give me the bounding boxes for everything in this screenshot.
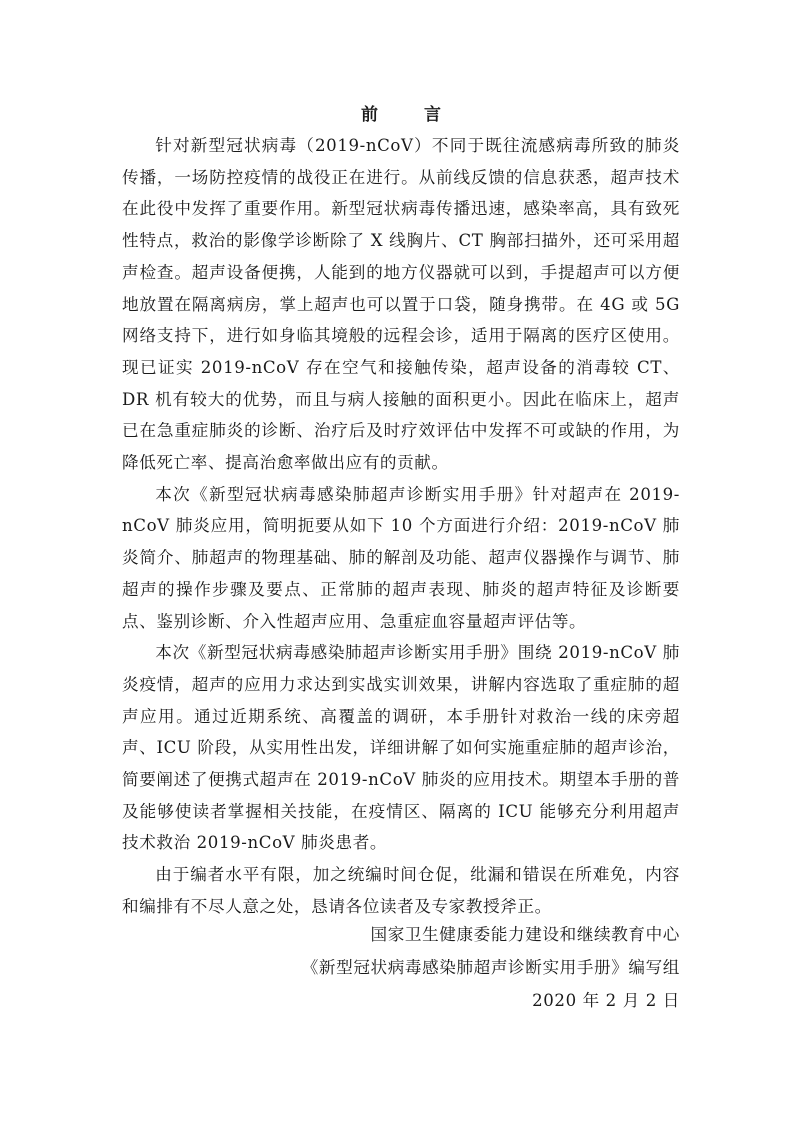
paragraph-background: 针对新型冠状病毒（2019-nCoV）不同于既往流感病毒所致的肺炎传播，一场防控… [122, 130, 680, 479]
signature-block: 国家卫生健康委能力建设和继续教育中心 《新型冠状病毒感染肺超声诊断实用手册》编写… [302, 918, 680, 1017]
document-body: 前 言 针对新型冠状病毒（2019-nCoV）不同于既往流感病毒所致的肺炎传播，… [122, 100, 680, 923]
paragraph-contents-overview: 本次《新型冠状病毒感染肺超声诊断实用手册》针对超声在 2019-nCoV 肺炎应… [122, 479, 680, 638]
paragraph-purpose: 本次《新型冠状病毒感染肺超声诊断实用手册》围绕 2019-nCoV 肺炎疫情，超… [122, 637, 680, 859]
page-title: 前 言 [142, 100, 680, 130]
paragraph-disclaimer: 由于编者水平有限，加之统编时间仓促，纰漏和错误在所难免，内容和编排有不尽人意之处… [122, 859, 680, 922]
signature-editorial-group: 《新型冠状病毒感染肺超声诊断实用手册》编写组 [302, 951, 680, 984]
signature-date: 2020 年 2 月 2 日 [302, 984, 680, 1017]
signature-organization: 国家卫生健康委能力建设和继续教育中心 [302, 918, 680, 951]
